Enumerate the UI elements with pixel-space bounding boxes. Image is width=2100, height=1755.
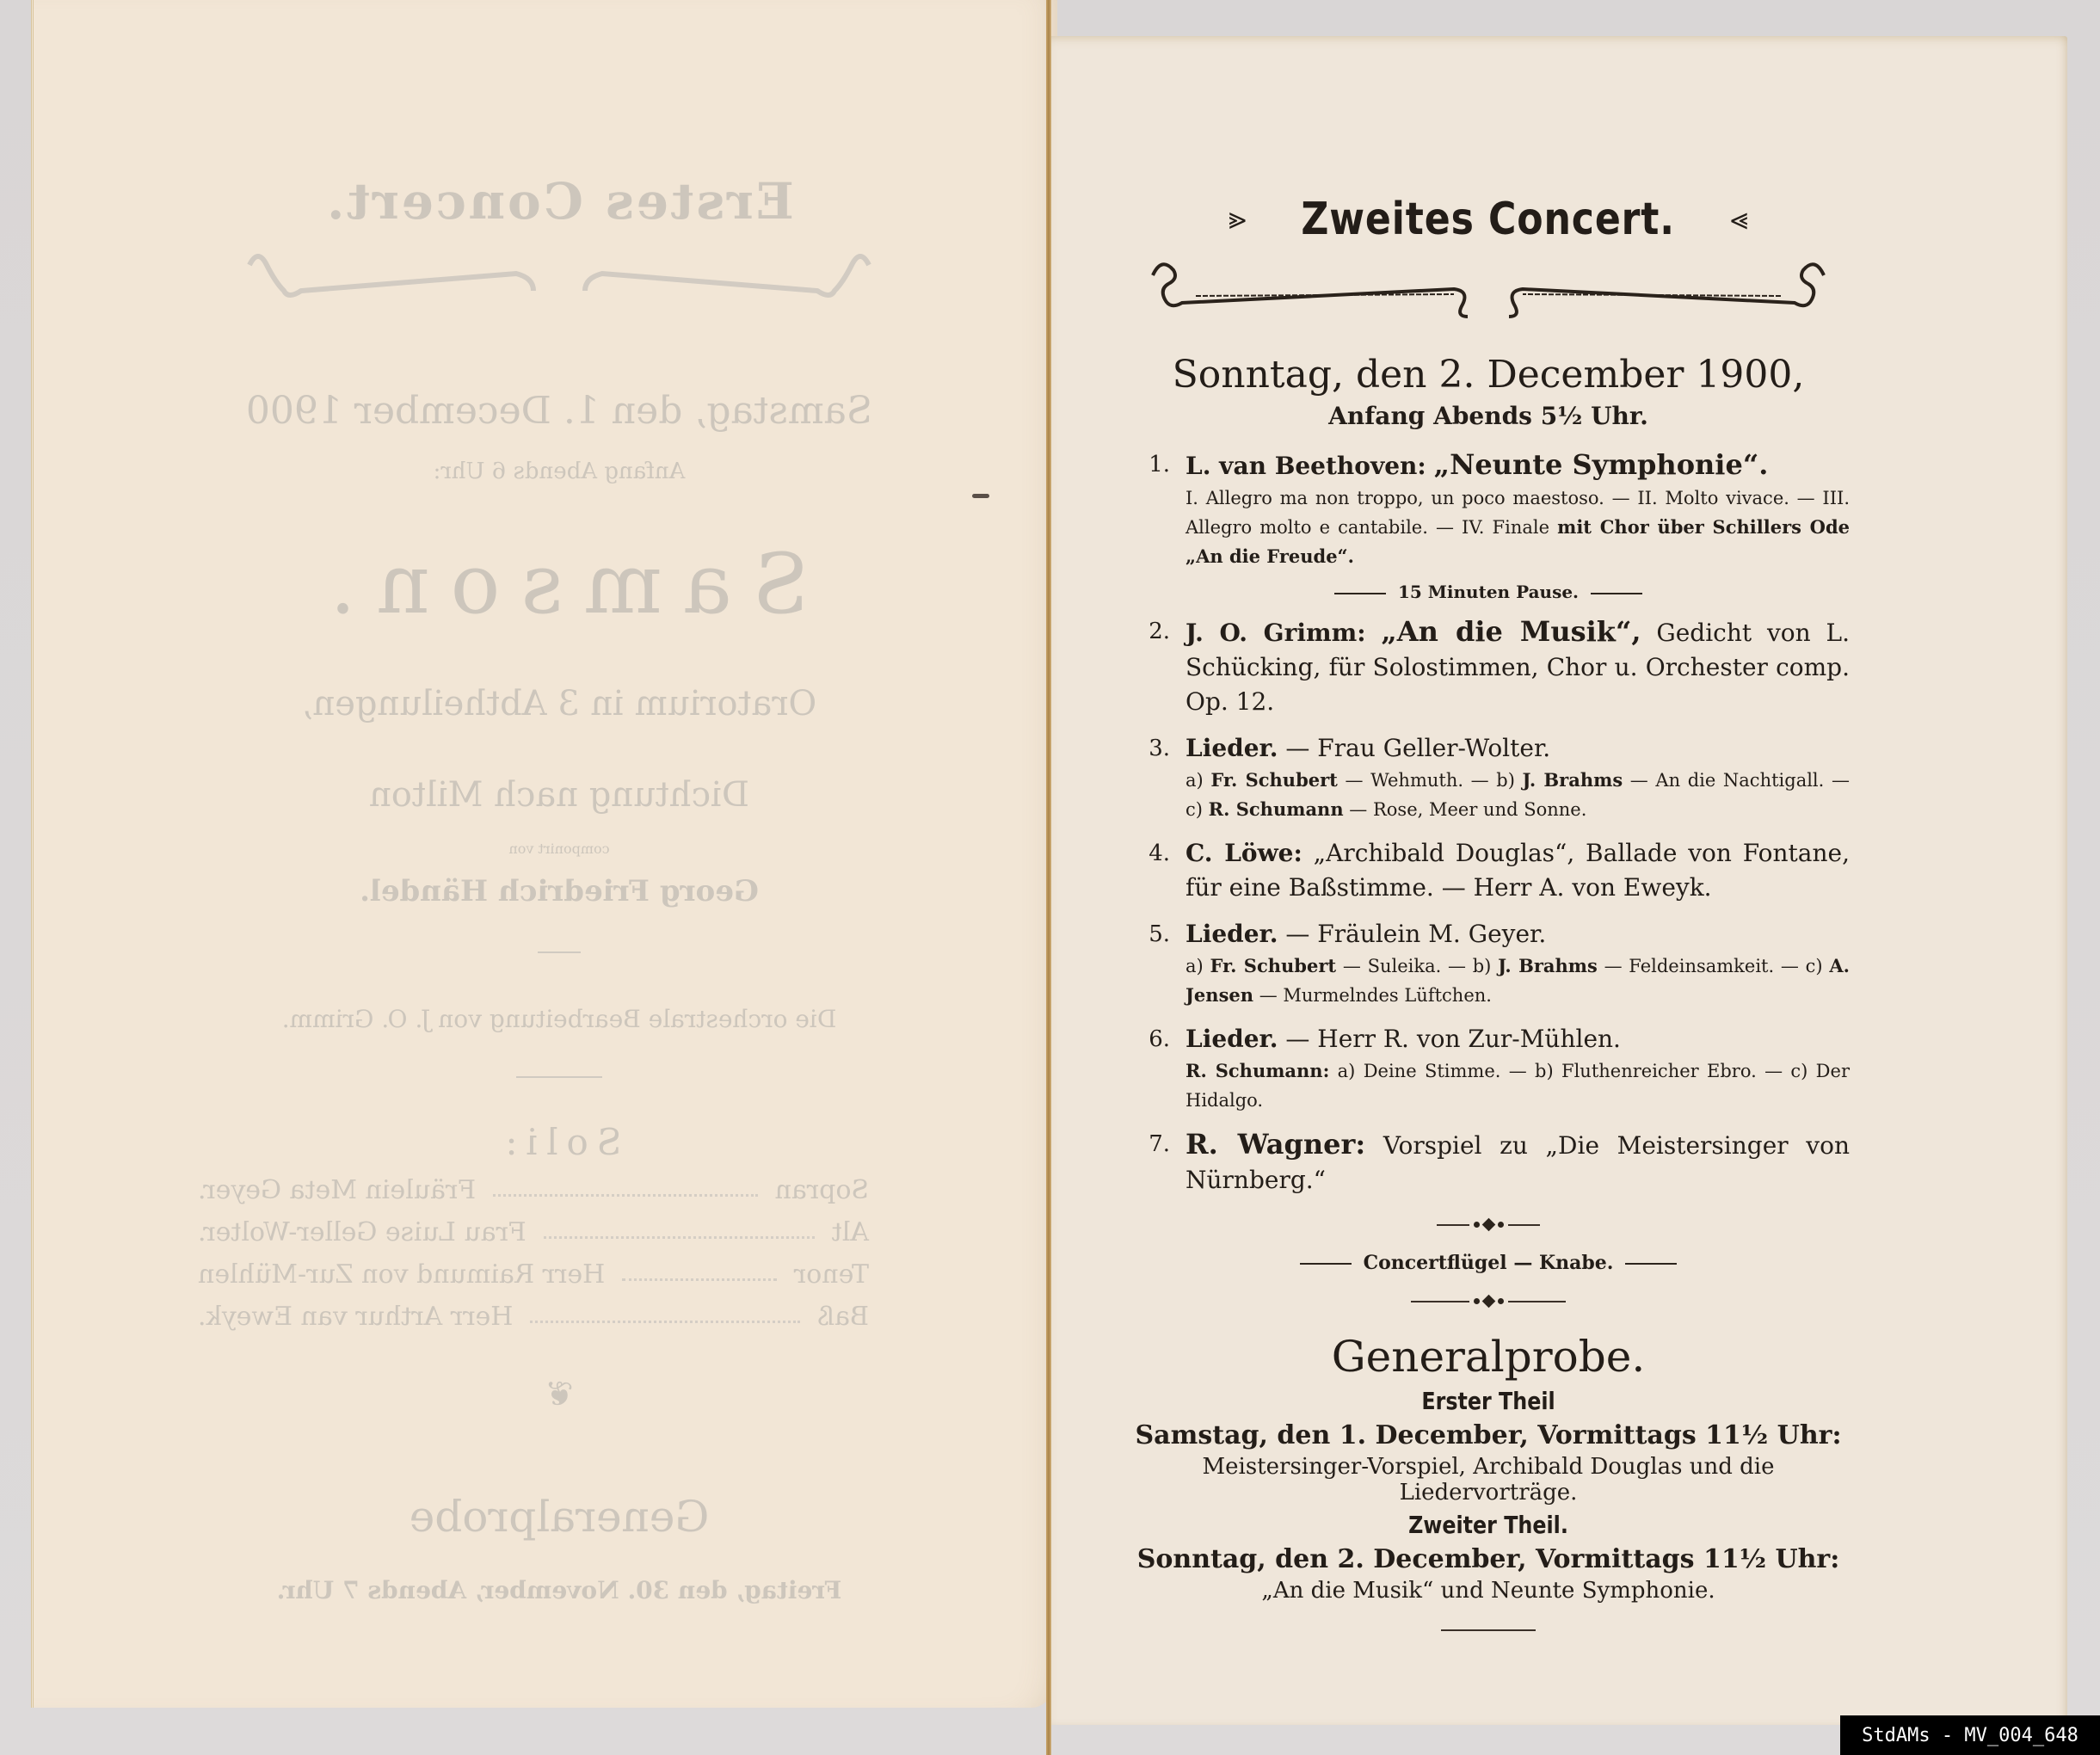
item-number: 2. — [1127, 614, 1185, 719]
end-rule — [1441, 1629, 1536, 1631]
ornament-divider-icon — [1437, 1220, 1540, 1229]
item-composer: Lieder. — [1185, 920, 1278, 948]
rehearsal-part1-desc: Meistersinger-Vorspiel, Archibald Dougla… — [1127, 1454, 1850, 1506]
item-songs: R. Schumann: a) Deine Stimme. — b) Fluth… — [1185, 1056, 1850, 1115]
programme-item: 6. Lieder. — Herr R. von Zur-Mühlen. — [1127, 1022, 1850, 1056]
concert-start-time: Anfang Abends 5½ Uhr. — [1127, 402, 1850, 430]
soli-singer: Frau Luise Geller-Wolter. — [198, 1217, 527, 1247]
arrow-right-icon: ⪢ — [1229, 201, 1246, 237]
bleed-title: Erstes Concert. — [172, 172, 946, 231]
bleed-componirt: componirt von — [172, 841, 946, 857]
bleed-subtitle: Oratorium in 3 Abtheilungen, — [172, 684, 946, 724]
bleed-soli-row: AltFrau Luise Geller-Wolter. — [198, 1217, 869, 1247]
bleed-work: Samson. — [172, 536, 946, 632]
rehearsal-part1-title: Erster Theil — [1181, 1387, 1795, 1415]
programme-list: 1. L. van Beethoven: „Neunte Symphonie“.… — [1127, 447, 1850, 1198]
item-composer: J. O. Grimm: — [1185, 619, 1366, 647]
bleed-start: Anfang Abends 6 Uhr: — [172, 459, 946, 484]
soli-singer: Herr Arthur van Eweyk. — [198, 1302, 513, 1332]
rehearsal-part1-date: Samstag, den 1. December, Vormittags 11½… — [1127, 1420, 1850, 1450]
ornament-scroll-icon — [1144, 249, 1832, 318]
soli-singer: Fräulein Meta Geyer. — [198, 1175, 476, 1205]
bleed-soli-row: SopranFräulein Meta Geyer. — [198, 1175, 869, 1205]
item-composer: R. Wagner: — [1185, 1128, 1365, 1161]
item-number: 5. — [1127, 917, 1185, 951]
right-page-content: ⪢ Zweites Concert. ⪡ Sonntag, den 2. Dec… — [1127, 189, 1850, 1631]
item-performer: — Fräulein M. Geyer. — [1285, 920, 1546, 948]
item-songs: a) Fr. Schubert — Suleika. — b) J. Brahm… — [1185, 951, 1850, 1010]
rehearsal-part2-desc: „An die Musik“ und Neunte Symphonie. — [1127, 1578, 1850, 1604]
bleed-text-after: Dichtung nach Milton — [172, 775, 946, 815]
programme-item: 4. C. Löwe: „Archibald Douglas“, Ballade… — [1127, 836, 1850, 905]
soli-voice: Baß — [817, 1302, 869, 1332]
bleed-soli-row: TenorHerr Raimund von Zur-Mühlen — [198, 1259, 869, 1290]
bleed-rehearsal-date: Freitag, den 30. November, Abends 7 Uhr. — [172, 1576, 946, 1604]
rehearsal-part2-date: Sonntag, den 2. December, Vormittags 11½… — [1127, 1544, 1850, 1574]
item-composer: Lieder. — [1185, 1025, 1278, 1053]
bleed-composer: Georg Friedrich Händel. — [172, 874, 946, 908]
item-performer: — Herr R. von Zur-Mühlen. — [1285, 1025, 1621, 1053]
item-number: 6. — [1127, 1022, 1185, 1056]
rehearsal-part2-title: Zweiter Theil. — [1181, 1511, 1795, 1539]
bleed-soli-row: BaßHerr Arthur van Eweyk. — [198, 1302, 869, 1332]
programme-item: 1. L. van Beethoven: „Neunte Symphonie“. — [1127, 447, 1850, 483]
ink-mark — [972, 494, 989, 498]
item-number: 3. — [1127, 731, 1185, 766]
concert-title-row: ⪢ Zweites Concert. ⪡ — [1127, 189, 1850, 249]
book-gutter — [1046, 0, 1051, 1755]
bleed-soli-heading: Soli: — [172, 1121, 946, 1163]
item-composer: C. Löwe: — [1185, 839, 1302, 867]
piano-credit: Concertflügel — Knabe. — [1127, 1252, 1850, 1274]
archive-label: StdAMs - MV_004_648 — [1840, 1715, 2100, 1755]
soli-singer: Herr Raimund von Zur-Mühlen — [198, 1259, 605, 1290]
concert-title: Zweites Concert. — [1302, 194, 1676, 245]
item-work: „Archibald Douglas“, — [1314, 839, 1575, 867]
item-composer: Lieder. — [1185, 734, 1278, 762]
item-work: „Neunte Symphonie“. — [1434, 448, 1769, 481]
item-composer: L. van Beethoven: — [1185, 452, 1426, 480]
soli-voice: Sopran — [775, 1175, 869, 1205]
item-number: 1. — [1127, 447, 1185, 483]
programme-item: 3. Lieder. — Frau Geller-Wolter. — [1127, 731, 1850, 766]
intermission: 15 Minuten Pause. — [1127, 582, 1850, 602]
soli-voice: Alt — [832, 1217, 869, 1247]
item-number: 7. — [1127, 1127, 1185, 1198]
item-number: 4. — [1127, 836, 1185, 905]
programme-item: 5. Lieder. — Fräulein M. Geyer. — [1127, 917, 1850, 951]
programme-item: 7. R. Wagner: Vorspiel zu „Die Meistersi… — [1127, 1127, 1850, 1198]
bleed-rehearsal-title: Generalprobe — [172, 1492, 946, 1542]
arrow-left-icon: ⪡ — [1731, 201, 1748, 237]
ornament-scroll-icon — [232, 239, 886, 299]
concert-date: Sonntag, den 2. December 1900, — [1127, 353, 1850, 397]
item-songs: a) Fr. Schubert — Wehmuth. — b) J. Brahm… — [1185, 766, 1850, 824]
bleed-date: Samstag, den 1. December 1900 — [172, 389, 946, 433]
soli-voice: Tenor — [794, 1259, 869, 1290]
left-page-bleed-through: Erstes Concert. Samstag, den 1. December… — [172, 155, 946, 1604]
bleed-rule-2 — [516, 1076, 602, 1078]
bleed-arrangement: Die orchestrale Bearbeitung von J. O. Gr… — [172, 1005, 946, 1033]
bleed-rule — [538, 951, 581, 953]
fleuron-icon: ❦ — [172, 1375, 946, 1414]
ornament-divider-icon — [1411, 1296, 1566, 1306]
item-details: I. Allegro ma non troppo, un poco maesto… — [1185, 483, 1850, 571]
programme-item: 2. J. O. Grimm: „An die Musik“, Gedicht … — [1127, 614, 1850, 719]
item-performer: — Frau Geller-Wolter. — [1285, 734, 1550, 762]
item-work: „An die Musik“, — [1381, 615, 1641, 648]
rehearsal-title: Generalprobe. — [1127, 1332, 1850, 1382]
